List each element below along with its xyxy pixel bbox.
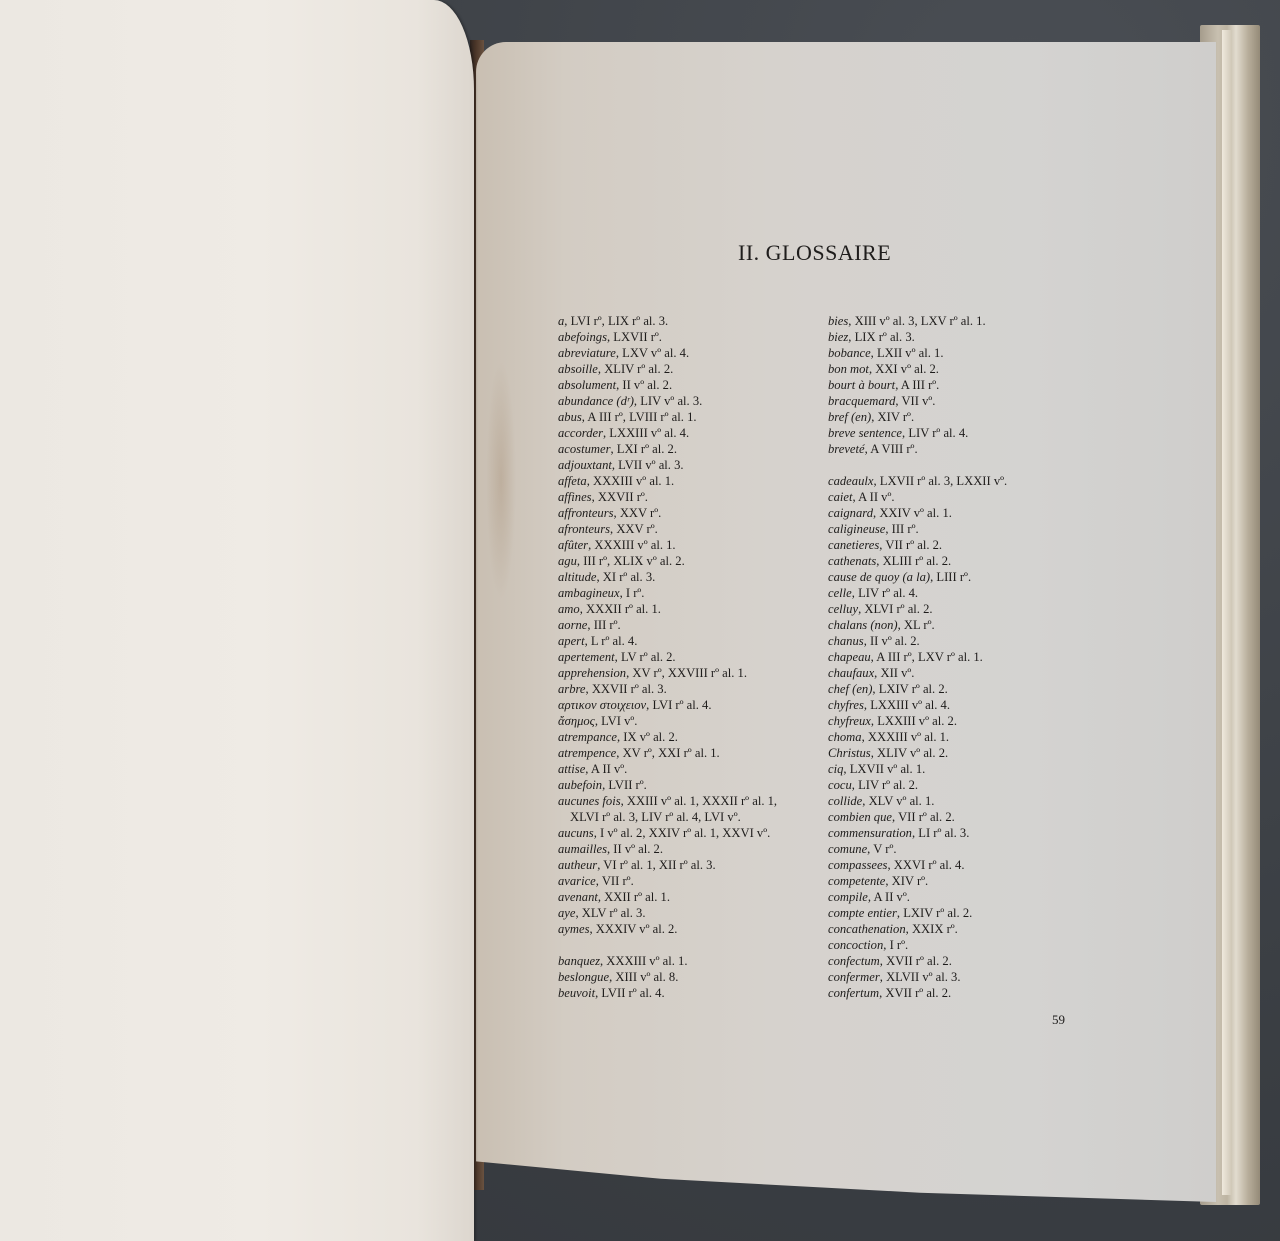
glossary-right-column: bies, XIII vº al. 3, LXV rº al. 1.biez, … bbox=[828, 313, 1078, 1001]
glossary-term: canetieres bbox=[828, 538, 879, 552]
glossary-references: , XII vº. bbox=[874, 666, 914, 680]
glossary-entry: absoille, XLIV rº al. 2. bbox=[558, 361, 828, 377]
glossary-term: abefoings bbox=[558, 330, 607, 344]
glossary-references: , A II vº. bbox=[585, 762, 627, 776]
glossary-entry: caignard, XXIV vº al. 1. bbox=[828, 505, 1078, 521]
glossary-references: , XXXIII vº al. 1. bbox=[588, 538, 676, 552]
glossary-entry: αρτικον στοιχειον, LVI rº al. 4. bbox=[558, 697, 828, 713]
glossary-term: autheur bbox=[558, 858, 597, 872]
glossary-entry: competente, XIV rº. bbox=[828, 873, 1078, 889]
glossary-term: affeta bbox=[558, 474, 587, 488]
glossary-term: compassees bbox=[828, 858, 887, 872]
glossary-entry: combien que, VII rº al. 2. bbox=[828, 809, 1078, 825]
glossary-references: , III rº. bbox=[587, 618, 620, 632]
glossary-term: biez bbox=[828, 330, 848, 344]
glossary-entry: confectum, XVII rº al. 2. bbox=[828, 953, 1078, 969]
glossary-entry: canetieres, VII rº al. 2. bbox=[828, 537, 1078, 553]
glossary-term: choma bbox=[828, 730, 862, 744]
glossary-term: absoille bbox=[558, 362, 598, 376]
glossary-references: , XI rº al. 3. bbox=[596, 570, 655, 584]
glossary-entry: avenant, XXII rº al. 1. bbox=[558, 889, 828, 905]
glossary-references: , A III rº, LVIII rº al. 1. bbox=[582, 410, 697, 424]
glossary-entry: aye, XLV rº al. 3. bbox=[558, 905, 828, 921]
glossary-term: cause de quoy (a la) bbox=[828, 570, 930, 584]
glossary-references: , XXIII vº al. 1, XXXII rº al. 1, bbox=[621, 794, 777, 808]
glossary-references: , LXVII rº. bbox=[607, 330, 662, 344]
glossary-references: , LXIV rº al. 2. bbox=[897, 906, 972, 920]
glossary-references: , XVII rº al. 2. bbox=[880, 954, 952, 968]
glossary-references: , II vº al. 2. bbox=[864, 634, 920, 648]
glossary-entry: affeta, XXXIII vº al. 1. bbox=[558, 473, 828, 489]
glossary-entry: chanus, II vº al. 2. bbox=[828, 633, 1078, 649]
glossary-entry: afronteurs, XXV rº. bbox=[558, 521, 828, 537]
glossary-term: avarice bbox=[558, 874, 596, 888]
glossary-term: ciq bbox=[828, 762, 843, 776]
glossary-entry: agu, III rº, XLIX vº al. 2. bbox=[558, 553, 828, 569]
glossary-references: , VII rº al. 2. bbox=[879, 538, 942, 552]
glossary-entry: bies, XIII vº al. 3, LXV rº al. 1. bbox=[828, 313, 1078, 329]
left-blank-page bbox=[0, 0, 474, 1241]
glossary-entry: cause de quoy (a la), LIII rº. bbox=[828, 569, 1078, 585]
glossary-entry: acostumer, LXI rº al. 2. bbox=[558, 441, 828, 457]
glossary-entry: chef (en), LXIV rº al. 2. bbox=[828, 681, 1078, 697]
glossary-references: , LVII vº al. 3. bbox=[612, 458, 684, 472]
glossary-entry: chapeau, A III rº, LXV rº al. 1. bbox=[828, 649, 1078, 665]
glossary-references: , VI rº al. 1, XII rº al. 3. bbox=[597, 858, 715, 872]
glossary-entry: concathenation, XXIX rº. bbox=[828, 921, 1078, 937]
page-number: 59 bbox=[1052, 1012, 1065, 1028]
glossary-entry: atrempance, IX vº al. 2. bbox=[558, 729, 828, 745]
glossary-term: arbre bbox=[558, 682, 586, 696]
glossary-references: , LXXIII vº al. 2. bbox=[871, 714, 957, 728]
glossary-term: confermer bbox=[828, 970, 880, 984]
glossary-entry: aumailles, II vº al. 2. bbox=[558, 841, 828, 857]
glossary-entry: bref (en), XIV rº. bbox=[828, 409, 1078, 425]
glossary-term: Christus bbox=[828, 746, 871, 760]
glossary-references: , LXII vº al. 1. bbox=[871, 346, 944, 360]
glossary-references: , I vº al. 2, XXIV rº al. 1, XXVI vº. bbox=[594, 826, 771, 840]
glossary-term: avenant bbox=[558, 890, 598, 904]
glossary-entry: altitude, XI rº al. 3. bbox=[558, 569, 828, 585]
glossary-term: afûter bbox=[558, 538, 588, 552]
glossary-entry: choma, XXXIII vº al. 1. bbox=[828, 729, 1078, 745]
glossary-references: , LV rº al. 2. bbox=[615, 650, 676, 664]
glossary-term: chanus bbox=[828, 634, 864, 648]
glossary-references: , XIII vº al. 8. bbox=[609, 970, 678, 984]
glossary-entry: cadeaulx, LXVII rº al. 3, LXXII vº. bbox=[828, 473, 1078, 489]
glossary-entry: absolument, II vº al. 2. bbox=[558, 377, 828, 393]
glossary-entry: apertement, LV rº al. 2. bbox=[558, 649, 828, 665]
glossary-references: , XLVI rº al. 2. bbox=[858, 602, 932, 616]
glossary-entry: afûter, XXXIII vº al. 1. bbox=[558, 537, 828, 553]
glossary-entry: abundance (dʳ), LIV vº al. 3. bbox=[558, 393, 828, 409]
glossary-references: , II vº al. 2. bbox=[616, 378, 672, 392]
glossary-term: concoction bbox=[828, 938, 883, 952]
glossary-references: , XXVI rº al. 4. bbox=[887, 858, 964, 872]
glossary-references: , VII rº. bbox=[596, 874, 634, 888]
glossary-references: , XVII rº al. 2. bbox=[879, 986, 951, 1000]
glossary-term: aorne bbox=[558, 618, 587, 632]
glossary-term: concathenation bbox=[828, 922, 906, 936]
glossary-term: chalans (non) bbox=[828, 618, 898, 632]
glossary-entry: avarice, VII rº. bbox=[558, 873, 828, 889]
glossary-entry: autheur, VI rº al. 1, XII rº al. 3. bbox=[558, 857, 828, 873]
glossary-references: , LVI rº al. 4. bbox=[646, 698, 711, 712]
glossary-entry: biez, LIX rº al. 3. bbox=[828, 329, 1078, 345]
glossary-term: bourt à bourt bbox=[828, 378, 895, 392]
glossary-references: , XXXIII vº al. 1. bbox=[862, 730, 950, 744]
glossary-term: atrempence bbox=[558, 746, 616, 760]
glossary-entry: affronteurs, XXV rº. bbox=[558, 505, 828, 521]
glossary-term: bies bbox=[828, 314, 848, 328]
glossary-term: combien que bbox=[828, 810, 892, 824]
glossary-term: caignard bbox=[828, 506, 873, 520]
glossary-entry: caligineuse, III rº. bbox=[828, 521, 1078, 537]
glossary-entry: breve sentence, LIV rº al. 4. bbox=[828, 425, 1078, 441]
glossary-term: apertement bbox=[558, 650, 615, 664]
glossary-entry: beslongue, XIII vº al. 8. bbox=[558, 969, 828, 985]
glossary-entry: bon mot, XXI vº al. 2. bbox=[828, 361, 1078, 377]
glossary-references: , XXV rº. bbox=[610, 522, 658, 536]
glossary-references: , LXVII rº al. 3, LXXII vº. bbox=[873, 474, 1007, 488]
glossary-references: , LVII rº al. 4. bbox=[595, 986, 665, 1000]
glossary-references: , LI rº al. 3. bbox=[912, 826, 969, 840]
glossary-term: beuvoit bbox=[558, 986, 595, 1000]
glossary-references: , LIV vº al. 3. bbox=[634, 394, 702, 408]
glossary-references: , XXVII rº al. 3. bbox=[586, 682, 667, 696]
glossary-term: aucuns bbox=[558, 826, 594, 840]
glossary-term: apprehension bbox=[558, 666, 626, 680]
glossary-term: absolument bbox=[558, 378, 616, 392]
glossary-references: , XLV rº al. 3. bbox=[575, 906, 645, 920]
glossary-term: accorder bbox=[558, 426, 603, 440]
glossary-term: affronteurs bbox=[558, 506, 614, 520]
glossary-term: chapeau bbox=[828, 650, 871, 664]
glossary-term: abundance (dʳ) bbox=[558, 394, 634, 408]
glossary-references: , LXVII vº al. 1. bbox=[843, 762, 925, 776]
glossary-entry: amo, XXXII rº al. 1. bbox=[558, 601, 828, 617]
glossary-references: , LIX rº al. 3. bbox=[848, 330, 915, 344]
glossary-term: chyfres bbox=[828, 698, 864, 712]
glossary-entry: concoction, I rº. bbox=[828, 937, 1078, 953]
glossary-entry: ambagineux, I rº. bbox=[558, 585, 828, 601]
glossary-entry: apert, L rº al. 4. bbox=[558, 633, 828, 649]
glossary-term: celle bbox=[828, 586, 852, 600]
glossary-entry: breveté, A VIII rº. bbox=[828, 441, 1078, 457]
glossary-entry: ciq, LXVII vº al. 1. bbox=[828, 761, 1078, 777]
glossary-term: compte entier bbox=[828, 906, 897, 920]
glossary-term: collide bbox=[828, 794, 862, 808]
glossary-references: , XXII rº al. 1. bbox=[598, 890, 670, 904]
page-title: II. GLOSSAIRE bbox=[738, 240, 891, 266]
glossary-entry: Christus, XLIV vº al. 2. bbox=[828, 745, 1078, 761]
glossary-term: adjouxtant bbox=[558, 458, 612, 472]
glossary-term: breve sentence bbox=[828, 426, 902, 440]
glossary-entry: chyfres, LXXIII vº al. 4. bbox=[828, 697, 1078, 713]
glossary-term: abreviature bbox=[558, 346, 616, 360]
glossary-references: , LXIV rº al. 2. bbox=[872, 682, 947, 696]
glossary-references: , XXXIV vº al. 2. bbox=[589, 922, 677, 936]
glossary-term: aubefoin bbox=[558, 778, 602, 792]
glossary-entry: compte entier, LXIV rº al. 2. bbox=[828, 905, 1078, 921]
letter-section-gap bbox=[828, 457, 1078, 473]
glossary-term: chef (en) bbox=[828, 682, 872, 696]
glossary-term: ambagineux bbox=[558, 586, 620, 600]
glossary-term: confertum bbox=[828, 986, 879, 1000]
glossary-entry: bracquemard, VII vº. bbox=[828, 393, 1078, 409]
glossary-references: , LIV rº al. 4. bbox=[852, 586, 918, 600]
page-stain bbox=[486, 360, 516, 600]
glossary-references: , VII rº al. 2. bbox=[892, 810, 955, 824]
glossary-entry: celluy, XLVI rº al. 2. bbox=[828, 601, 1078, 617]
glossary-term: aymes bbox=[558, 922, 589, 936]
glossary-references: , XL rº. bbox=[898, 618, 935, 632]
glossary-entry: cathenats, XLIII rº al. 2. bbox=[828, 553, 1078, 569]
glossary-entry: confertum, XVII rº al. 2. bbox=[828, 985, 1078, 1001]
glossary-entry: compassees, XXVI rº al. 4. bbox=[828, 857, 1078, 873]
glossary-references: , XLVII vº al. 3. bbox=[880, 970, 961, 984]
glossary-entry: ἄσημος, LVI vº. bbox=[558, 713, 828, 729]
glossary-references: XLVI rº al. 3, LIV rº al. 4, LVI vº. bbox=[570, 810, 741, 824]
glossary-term: ἄσημος bbox=[558, 714, 595, 728]
glossary-entry: accorder, LXXIII vº al. 4. bbox=[558, 425, 828, 441]
glossary-entry: abreviature, LXV vº al. 4. bbox=[558, 345, 828, 361]
glossary-references: , XXIV vº al. 1. bbox=[873, 506, 952, 520]
glossary-entry: chalans (non), XL rº. bbox=[828, 617, 1078, 633]
glossary-entry: bourt à bourt, A III rº. bbox=[828, 377, 1078, 393]
glossary-term: attise bbox=[558, 762, 585, 776]
glossary-entry: apprehension, XV rº, XXVIII rº al. 1. bbox=[558, 665, 828, 681]
glossary-references: , II vº al. 2. bbox=[607, 842, 663, 856]
glossary-references: , LXI rº al. 2. bbox=[610, 442, 677, 456]
glossary-term: chyfreux bbox=[828, 714, 871, 728]
glossary-term: aumailles bbox=[558, 842, 607, 856]
glossary-term: cocu bbox=[828, 778, 852, 792]
glossary-references: , XXIX rº. bbox=[906, 922, 958, 936]
glossary-entry: aymes, XXXIV vº al. 2. bbox=[558, 921, 828, 937]
glossary-references: , L rº al. 4. bbox=[585, 634, 638, 648]
glossary-term: caligineuse bbox=[828, 522, 885, 536]
glossary-term: celluy bbox=[828, 602, 858, 616]
glossary-entry: beuvoit, LVII rº al. 4. bbox=[558, 985, 828, 1001]
glossary-references: , A II vº. bbox=[852, 490, 894, 504]
glossary-references: , XXXIII vº al. 1. bbox=[600, 954, 688, 968]
glossary-entry: compile, A II vº. bbox=[828, 889, 1078, 905]
glossary-references: , I rº. bbox=[620, 586, 645, 600]
glossary-term: aye bbox=[558, 906, 575, 920]
glossary-references: , LVI vº. bbox=[595, 714, 638, 728]
glossary-term: altitude bbox=[558, 570, 596, 584]
glossary-term: bobance bbox=[828, 346, 871, 360]
glossary-entry: caiet, A II vº. bbox=[828, 489, 1078, 505]
glossary-entry: aucunes fois, XXIII vº al. 1, XXXII rº a… bbox=[558, 793, 828, 809]
glossary-references: , XLV vº al. 1. bbox=[862, 794, 934, 808]
glossary-term: caiet bbox=[828, 490, 852, 504]
glossary-references: , XLIV vº al. 2. bbox=[871, 746, 948, 760]
glossary-references: , LIV rº al. 2. bbox=[852, 778, 918, 792]
glossary-term: cadeaulx bbox=[828, 474, 873, 488]
glossary-term: cathenats bbox=[828, 554, 876, 568]
glossary-term: agu bbox=[558, 554, 577, 568]
glossary-entry: comune, V rº. bbox=[828, 841, 1078, 857]
glossary-references: , XXI vº al. 2. bbox=[869, 362, 939, 376]
glossary-references: , XV rº, XXVIII rº al. 1. bbox=[626, 666, 747, 680]
glossary-entry: atrempence, XV rº, XXI rº al. 1. bbox=[558, 745, 828, 761]
glossary-term: αρτικον στοιχειον bbox=[558, 698, 646, 712]
glossary-term: affines bbox=[558, 490, 592, 504]
glossary-references: , A II vº. bbox=[868, 890, 910, 904]
glossary-references: , XXVII rº. bbox=[592, 490, 648, 504]
glossary-references: , LXXIII vº al. 4. bbox=[864, 698, 950, 712]
glossary-term: bracquemard bbox=[828, 394, 895, 408]
glossary-entry: chyfreux, LXXIII vº al. 2. bbox=[828, 713, 1078, 729]
glossary-entry: abefoings, LXVII rº. bbox=[558, 329, 828, 345]
glossary-references: , A III rº. bbox=[895, 378, 939, 392]
glossary-left-column: a, LVI rº, LIX rº al. 3.abefoings, LXVII… bbox=[558, 313, 828, 1001]
glossary-entry: banquez, XXXIII vº al. 1. bbox=[558, 953, 828, 969]
glossary-entry: aubefoin, LVII rº. bbox=[558, 777, 828, 793]
glossary-references: , LXXIII vº al. 4. bbox=[603, 426, 689, 440]
glossary-entry: adjouxtant, LVII vº al. 3. bbox=[558, 457, 828, 473]
glossary-term: amo bbox=[558, 602, 580, 616]
glossary-references: , LVI rº, LIX rº al. 3. bbox=[564, 314, 668, 328]
glossary-entry: aorne, III rº. bbox=[558, 617, 828, 633]
glossary-references: , XLIV rº al. 2. bbox=[598, 362, 673, 376]
glossary-references: , XXXIII vº al. 1. bbox=[587, 474, 675, 488]
glossary-entry: XLVI rº al. 3, LIV rº al. 4, LVI vº. bbox=[558, 809, 828, 825]
glossary-term: chaufaux bbox=[828, 666, 874, 680]
glossary-references: , XIV rº. bbox=[885, 874, 928, 888]
glossary-entry: abus, A III rº, LVIII rº al. 1. bbox=[558, 409, 828, 425]
glossary-term: banquez bbox=[558, 954, 600, 968]
glossary-term: breveté bbox=[828, 442, 865, 456]
glossary-references: , IX vº al. 2. bbox=[617, 730, 678, 744]
glossary-references: , A III rº, LXV rº al. 1. bbox=[871, 650, 983, 664]
glossary-term: acostumer bbox=[558, 442, 610, 456]
glossary-term: competente bbox=[828, 874, 885, 888]
glossary-references: , XXXII rº al. 1. bbox=[580, 602, 661, 616]
glossary-entry: bobance, LXII vº al. 1. bbox=[828, 345, 1078, 361]
glossary-references: , XXV rº. bbox=[614, 506, 662, 520]
glossary-references: , XIII vº al. 3, LXV rº al. 1. bbox=[848, 314, 985, 328]
glossary-references: , XLIII rº al. 2. bbox=[876, 554, 951, 568]
glossary-references: , XIV rº. bbox=[871, 410, 914, 424]
glossary-term: abus bbox=[558, 410, 582, 424]
glossary-term: beslongue bbox=[558, 970, 609, 984]
glossary-entry: arbre, XXVII rº al. 3. bbox=[558, 681, 828, 697]
glossary-entry: collide, XLV vº al. 1. bbox=[828, 793, 1078, 809]
glossary-term: afronteurs bbox=[558, 522, 610, 536]
glossary-entry: celle, LIV rº al. 4. bbox=[828, 585, 1078, 601]
glossary-references: , A VIII rº. bbox=[865, 442, 918, 456]
glossary-references: , LVII rº. bbox=[602, 778, 647, 792]
glossary-entry: commensuration, LI rº al. 3. bbox=[828, 825, 1078, 841]
glossary-references: , XV rº, XXI rº al. 1. bbox=[616, 746, 719, 760]
glossary-term: apert bbox=[558, 634, 585, 648]
glossary-term: confectum bbox=[828, 954, 880, 968]
glossary-references: , III rº. bbox=[885, 522, 918, 536]
glossary-references: , I rº. bbox=[883, 938, 908, 952]
letter-section-gap bbox=[558, 937, 828, 953]
glossary-entry: attise, A II vº. bbox=[558, 761, 828, 777]
glossary-term: bref (en) bbox=[828, 410, 871, 424]
glossary-term: compile bbox=[828, 890, 868, 904]
glossary-entry: a, LVI rº, LIX rº al. 3. bbox=[558, 313, 828, 329]
glossary-references: , LXV vº al. 4. bbox=[616, 346, 689, 360]
glossary-term: comune bbox=[828, 842, 867, 856]
glossary-references: , LIII rº. bbox=[930, 570, 971, 584]
glossary-entry: aucuns, I vº al. 2, XXIV rº al. 1, XXVI … bbox=[558, 825, 828, 841]
glossary-entry: cocu, LIV rº al. 2. bbox=[828, 777, 1078, 793]
glossary-term: atrempance bbox=[558, 730, 617, 744]
book-cover-fold bbox=[1222, 30, 1232, 1195]
glossary-term: commensuration bbox=[828, 826, 912, 840]
glossary-references: , LIV rº al. 4. bbox=[902, 426, 968, 440]
glossary-references: , III rº, XLIX vº al. 2. bbox=[577, 554, 685, 568]
glossary-entry: affines, XXVII rº. bbox=[558, 489, 828, 505]
glossary-references: , VII vº. bbox=[895, 394, 935, 408]
glossary-references: , V rº. bbox=[867, 842, 896, 856]
glossary-entry: chaufaux, XII vº. bbox=[828, 665, 1078, 681]
glossary-entry: confermer, XLVII vº al. 3. bbox=[828, 969, 1078, 985]
glossary-term: aucunes fois bbox=[558, 794, 621, 808]
glossary-term: bon mot bbox=[828, 362, 869, 376]
